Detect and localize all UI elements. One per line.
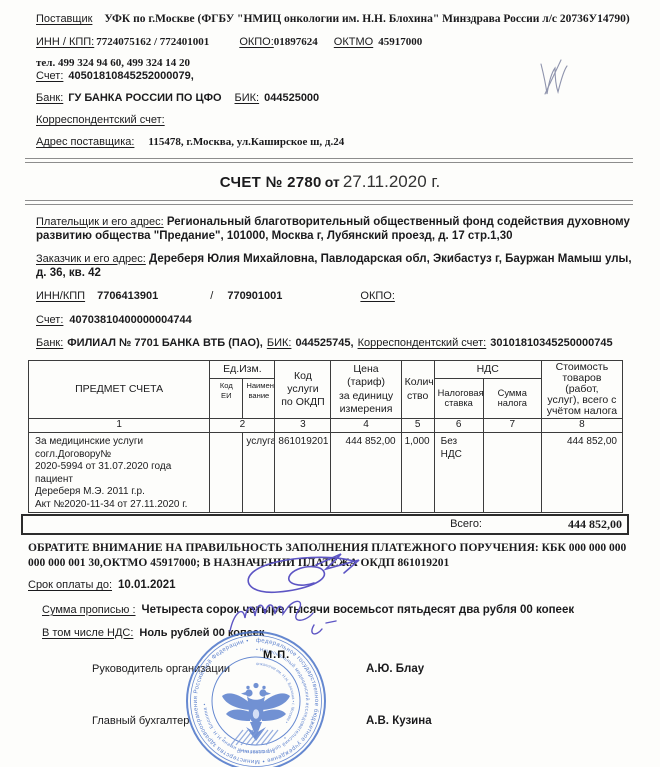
due-date-label: Срок оплаты до: bbox=[28, 579, 112, 593]
payer-label: Плательщик и его адрес: bbox=[36, 216, 164, 228]
inn-kpp-value: 7724075162 / 772401001 bbox=[96, 36, 209, 50]
amount-words-line: Сумма прописью : Четыреста сорок четыре … bbox=[42, 603, 660, 618]
payer-okpo-label: ОКПО: bbox=[360, 290, 394, 304]
bank-label: Банк: bbox=[36, 92, 63, 106]
col-vat-group-header: НДС bbox=[434, 361, 541, 379]
supplier-value: УФК по г.Москве (ФГБУ "НМИЦ онкологии им… bbox=[104, 12, 629, 26]
accountant-signature-ink bbox=[222, 591, 346, 641]
amount-words-value: Четыреста сорок четыре тысячи восемьсот … bbox=[142, 603, 575, 617]
cell-price: 444 852,00 bbox=[331, 433, 401, 513]
amount-words-label: Сумма прописью : bbox=[42, 604, 136, 618]
cell-qty: 1,000 bbox=[401, 433, 434, 513]
accountant-signature-name: А.В. Кузина bbox=[366, 714, 432, 728]
col-subject-header: ПРЕДМЕТ СЧЕТА bbox=[29, 361, 210, 419]
total-value: 444 852,00 bbox=[538, 517, 627, 532]
invoice-date: 27.11.2020 г. bbox=[343, 172, 440, 191]
payer-bank-label: Банк: bbox=[36, 337, 63, 351]
col-price-header: Цена (тариф) за единицу измерения bbox=[331, 361, 401, 419]
col-cost-header: Стоимость товаров (работ, услуг), всего … bbox=[541, 361, 622, 419]
payer-inn-kpp-slash: / bbox=[210, 290, 213, 304]
payer-bank-line: Банк: ФИЛИАЛ № 7701 БАНКА ВТБ (ПАО), БИК… bbox=[36, 337, 646, 351]
bank-value: ГУ БАНКА РОССИИ ПО ЦФО bbox=[68, 92, 221, 106]
oktmo-label: ОКТМО bbox=[334, 36, 373, 50]
invoice-of: от bbox=[325, 174, 340, 190]
bik-value: 044525000 bbox=[264, 92, 319, 106]
okpo-value: 01897624 bbox=[274, 36, 318, 50]
invoice-title: СЧЕТ № 2780 от 27.11.2020 г. bbox=[0, 171, 660, 193]
customer-paragraph: Заказчик и его адрес: Дереберя Юлия Миха… bbox=[36, 252, 642, 281]
col-num-4: 4 bbox=[331, 419, 401, 433]
col-num-5: 5 bbox=[401, 419, 434, 433]
supplier-line: Поставщик УФК по г.Москве (ФГБУ "НМИЦ он… bbox=[36, 12, 660, 27]
stamp-star-right: * bbox=[284, 737, 286, 743]
col-service-code-header: Код услуги по ОКДП bbox=[275, 361, 331, 419]
pen-mark bbox=[533, 58, 571, 100]
payer-paragraph: Плательщик и его адрес: Региональный бла… bbox=[36, 215, 642, 244]
column-numbers-row: 1 2 3 4 5 6 7 8 bbox=[29, 419, 623, 433]
head-signature-line: Руководитель организации А.Ю. Блау bbox=[92, 662, 660, 677]
account-label: Счет: bbox=[36, 70, 63, 83]
payer-inn-kpp-label: ИНН/КПП bbox=[36, 290, 85, 304]
cell-cost: 444 852,00 bbox=[541, 433, 622, 513]
total-label: Всего: bbox=[450, 518, 482, 532]
payer-account-label: Счет: bbox=[36, 314, 63, 328]
supplier-address-line: Адрес поставщика: 115478, г.Москва, ул.К… bbox=[36, 136, 660, 150]
payer-kpp-value: 770901001 bbox=[227, 290, 282, 304]
stamp-star-left: * bbox=[224, 737, 226, 743]
address-value: 115478, г.Москва, ул.Каширское ш, д.24 bbox=[148, 136, 344, 150]
vat-words-label: В том числе НДС: bbox=[42, 627, 133, 641]
oktmo-value: 45917000 bbox=[378, 36, 422, 50]
supplier-corr-line: Корреспондентский счет: bbox=[36, 114, 660, 128]
inn-kpp-label: ИНН / КПП: bbox=[36, 36, 94, 50]
supplier-ids-line: ИНН / КПП: 7724075162 / 772401001 ОКПО: … bbox=[36, 36, 660, 50]
payer-bank-value: ФИЛИАЛ № 7701 БАНКА ВТБ (ПАО), bbox=[67, 337, 263, 351]
vat-words-line: В том числе НДС: Ноль рублей 00 копеек bbox=[42, 627, 660, 641]
eagle-shield bbox=[253, 709, 259, 719]
cell-vat-sum bbox=[483, 433, 541, 513]
cell-unit-name: услуга bbox=[243, 433, 275, 513]
due-date-value: 10.01.2021 bbox=[118, 578, 176, 592]
col-num-8: 8 bbox=[541, 419, 622, 433]
col-vat-rate-header: Налоговая ставка bbox=[434, 378, 483, 418]
payer-ids-line: ИНН/КПП 7706413901 / 770901001 ОКПО: bbox=[36, 290, 660, 304]
head-signature-name: А.Ю. Блау bbox=[366, 662, 424, 676]
col-qty-header: Количе ство bbox=[401, 361, 434, 419]
divider-bottom bbox=[25, 200, 633, 205]
address-label: Адрес поставщика: bbox=[36, 136, 134, 150]
phone-value: тел. 499 324 94 60, 499 324 14 20 bbox=[36, 57, 190, 70]
okpo-label: ОКПО: bbox=[239, 36, 273, 50]
account-value: 40501810845252000079, bbox=[68, 70, 193, 83]
divider-top bbox=[25, 158, 633, 163]
col-num-7: 7 bbox=[483, 419, 541, 433]
col-num-2: 2 bbox=[210, 419, 275, 433]
total-row: Всего: 444 852,00 bbox=[21, 514, 629, 535]
col-unit-code-header: Код ЕИ bbox=[210, 378, 243, 418]
col-unit-name-header: Наимено вание bbox=[243, 378, 275, 418]
bik-label: БИК: bbox=[235, 92, 260, 106]
supplier-label: Поставщик bbox=[36, 13, 92, 27]
payer-inn-value: 7706413901 bbox=[97, 290, 158, 304]
payer-corr-value: 30101810345250000745 bbox=[490, 337, 612, 351]
cell-vat-rate: Без НДС bbox=[434, 433, 483, 513]
customer-label: Заказчик и его адрес: bbox=[36, 253, 146, 265]
stamp-mp-label: М.П. bbox=[263, 649, 290, 663]
payer-corr-label: Корреспондентский счет: bbox=[358, 337, 487, 351]
payer-account-value: 40703810400000004744 bbox=[69, 314, 191, 328]
invoice-number: СЧЕТ № 2780 bbox=[220, 174, 322, 191]
col-num-3: 3 bbox=[275, 419, 331, 433]
payer-bik-value: 044525745, bbox=[295, 337, 353, 351]
payer-account-line: Счет: 40703810400000004744 bbox=[36, 314, 660, 328]
col-unit-group-header: Ед.Изм. bbox=[210, 361, 275, 379]
cell-service-code: 861019201 bbox=[275, 433, 331, 513]
payer-bik-label: БИК: bbox=[267, 337, 292, 351]
cell-subject: За медицинские услуги согл.Договору№ 202… bbox=[29, 433, 210, 513]
col-num-1: 1 bbox=[29, 419, 210, 433]
items-table: ПРЕДМЕТ СЧЕТА Ед.Изм. Код услуги по ОКДП… bbox=[28, 360, 623, 513]
invoice-page: Поставщик УФК по г.Москве (ФГБУ "НМИЦ он… bbox=[0, 0, 660, 767]
accountant-signature-line: Главный бухгалтер А.В. Кузина bbox=[92, 714, 660, 729]
col-num-6: 6 bbox=[434, 419, 483, 433]
cell-unit-code bbox=[210, 433, 243, 513]
table-row: За медицинские услуги согл.Договору№ 202… bbox=[29, 433, 623, 513]
official-stamp: федеральное государственное бюджетное уч… bbox=[184, 629, 328, 767]
col-vat-sum-header: Сумма налога bbox=[483, 378, 541, 418]
stamp-ogrn-text: ОГРН 1037734175 bbox=[237, 749, 276, 754]
corr-label: Корреспондентский счет: bbox=[36, 114, 165, 128]
